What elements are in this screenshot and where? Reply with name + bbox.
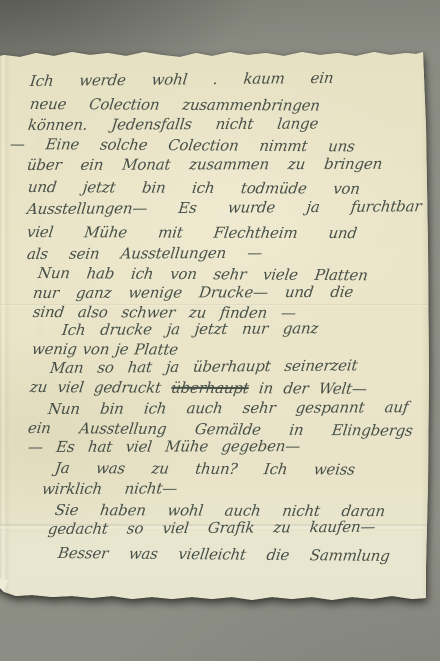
word: ich — [143, 399, 168, 418]
handwritten-line: können.Jedensfallsnichtlange — [27, 114, 319, 135]
word: Flechtheim — [213, 224, 299, 243]
handwritten-line: Ausstellungen—Eswurdejafurchtbar — [26, 197, 423, 219]
word: . — [212, 70, 219, 89]
word: zusammenbringen — [181, 96, 321, 116]
word: jetzt — [82, 178, 117, 197]
word: hat — [127, 358, 153, 377]
word: kaufen— — [309, 518, 377, 537]
word: überhaupt — [192, 357, 272, 377]
word: von — [82, 340, 111, 359]
handwritten-line: Ichdruckejajetztnurganz — [61, 319, 319, 340]
word: lange — [276, 114, 319, 133]
word: viel — [56, 378, 85, 397]
word: Nun — [37, 264, 71, 283]
word: und — [284, 283, 315, 302]
word: zusammen — [188, 155, 270, 174]
word: Sie — [54, 501, 80, 520]
handwritten-line: übereinMonatzusammenzubringen — [26, 155, 383, 175]
word: wenig — [31, 340, 78, 359]
word: ja — [166, 320, 181, 339]
word: Ich — [61, 321, 87, 340]
word: Platte — [133, 340, 179, 359]
word: kaum — [242, 69, 285, 88]
word: Mühe — [164, 437, 209, 456]
word: uns — [327, 137, 356, 156]
handwritten-line: alsseinAusstellungen— — [26, 244, 263, 264]
word: nicht— — [124, 479, 179, 498]
word: Eine — [44, 135, 80, 154]
word: als — [26, 245, 49, 264]
word: Ausstellung — [78, 419, 168, 439]
word: Es — [177, 199, 197, 218]
word: ein — [79, 156, 104, 175]
word: werde — [78, 71, 127, 90]
word: sehr — [242, 399, 277, 418]
word: sind — [32, 303, 65, 322]
word: nicht — [215, 115, 255, 134]
word: hab — [85, 264, 115, 283]
word: Besser — [57, 544, 110, 563]
word: seinerzeit — [283, 356, 358, 376]
word: auch — [186, 399, 224, 418]
word: Grafik — [207, 519, 256, 538]
word: Nun — [47, 400, 81, 419]
word: — — [9, 135, 26, 154]
word: haben — [99, 501, 147, 520]
word: können. — [27, 116, 89, 135]
word: — — [27, 438, 44, 457]
word: zu — [29, 378, 49, 397]
word: ganz — [282, 319, 320, 338]
word: Ich — [29, 72, 55, 91]
word: wenige — [127, 283, 183, 302]
word: ein — [309, 69, 334, 88]
word: überhaupt — [170, 379, 250, 398]
word: Man — [49, 359, 85, 378]
handwritten-line: Nunbinichauchsehrgespanntauf — [47, 398, 409, 419]
word: viele — [262, 266, 299, 285]
word: gedacht — [47, 520, 109, 539]
word: Ausstellungen — [120, 244, 228, 264]
word: zu — [287, 155, 306, 174]
word: Drucke— — [198, 283, 269, 302]
word: zu — [272, 518, 291, 537]
word: viel — [161, 519, 189, 538]
word: von — [332, 180, 361, 199]
word: solche — [99, 136, 149, 155]
word: nur — [32, 284, 60, 303]
word: bin — [99, 400, 125, 419]
handwritten-line: gedachtsovielGrafikzukaufen— — [47, 518, 376, 539]
word: wohl — [166, 501, 204, 520]
photo-backdrop: Ichwerdewohl.kaumeinneueColectionzusamme… — [0, 0, 440, 661]
word: die — [265, 546, 290, 565]
handwritten-line: zuvielgedrucktüberhauptinderWelt— — [29, 378, 368, 399]
handwritten-line: Jawaszuthun?Ichweiss — [54, 459, 356, 480]
word: über — [26, 156, 63, 175]
word: sein — [68, 245, 100, 264]
word: zu — [150, 460, 170, 479]
word: Elingbergs — [331, 421, 414, 441]
word: mit — [157, 223, 184, 242]
word: wirklich — [41, 480, 103, 499]
word: und — [327, 224, 358, 243]
word: sehr — [212, 265, 247, 284]
word: ich — [130, 265, 155, 284]
word: in — [258, 379, 274, 398]
word: gedruckt — [93, 378, 162, 397]
word: vielleicht — [177, 545, 247, 565]
word: jetzt — [194, 320, 229, 339]
word: weiss — [313, 460, 356, 479]
word: bin — [141, 179, 167, 198]
word: gegeben— — [220, 437, 301, 456]
word: Monat — [121, 155, 171, 174]
word: von — [169, 265, 198, 284]
word: Ausstellungen— — [26, 199, 148, 219]
word: nur — [241, 320, 269, 339]
word: neue — [29, 95, 68, 114]
handwritten-line: —EshatvielMühegegeben— — [27, 437, 301, 457]
word: furchtbar — [350, 197, 423, 216]
word: so — [126, 519, 145, 538]
handwritten-line: wenigvonjePlatte — [31, 340, 179, 360]
word: ganz — [75, 284, 113, 303]
word: viel — [124, 438, 152, 457]
word: Es — [55, 438, 76, 457]
word: auf — [384, 398, 410, 417]
word: was — [95, 459, 126, 478]
word: je — [114, 340, 130, 359]
handwritten-line: vielMühemitFlechtheimund — [26, 223, 358, 243]
word: Welt— — [318, 380, 368, 399]
word: Ja — [54, 459, 71, 478]
word: so — [96, 358, 115, 377]
word: der — [282, 379, 309, 398]
word: viel — [26, 223, 55, 242]
word: drucke — [99, 320, 153, 339]
handwritten-line: nurganzwenigeDrucke—unddie — [32, 283, 354, 303]
word: wurde — [227, 198, 276, 217]
handwriting-layer: Ichwerdewohl.kaumeinneueColectionzusamme… — [0, 0, 440, 661]
word: hat — [87, 438, 113, 457]
handwritten-line: BesserwasvielleichtdieSammlung — [57, 544, 391, 566]
word: Ich — [263, 460, 289, 479]
word: Jedensfalls — [110, 115, 193, 134]
handwritten-line: Mansohatjaüberhauptseinerzeit — [49, 356, 358, 378]
word: ja — [305, 198, 320, 217]
word: thun? — [194, 460, 238, 479]
word: Sammlung — [309, 546, 391, 566]
word: nimmt — [258, 137, 308, 156]
handwritten-line: Ichwerdewohl.kaumein — [29, 69, 335, 91]
handwritten-line: wirklichnicht— — [41, 479, 178, 499]
word: die — [329, 283, 354, 302]
word: ja — [165, 358, 180, 377]
word: Colection — [88, 95, 161, 114]
word: ein — [27, 419, 52, 438]
word: was — [128, 545, 159, 564]
word: bringen — [323, 155, 383, 174]
word: gespannt — [295, 398, 366, 417]
handwritten-line: neueColectionzusammenbringen — [29, 95, 321, 116]
handwritten-line: undjetztbinichtodmüdevon — [27, 178, 361, 199]
word: und — [27, 178, 58, 197]
word: — — [246, 244, 263, 263]
word: ich — [191, 179, 216, 198]
word: wohl — [151, 70, 189, 89]
word: also — [77, 303, 109, 322]
word: Colection — [167, 136, 240, 155]
handwritten-line: —EinesolcheColectionnimmtuns — [9, 135, 356, 156]
word: todmüde — [240, 179, 308, 198]
word: Mühe — [83, 223, 128, 242]
